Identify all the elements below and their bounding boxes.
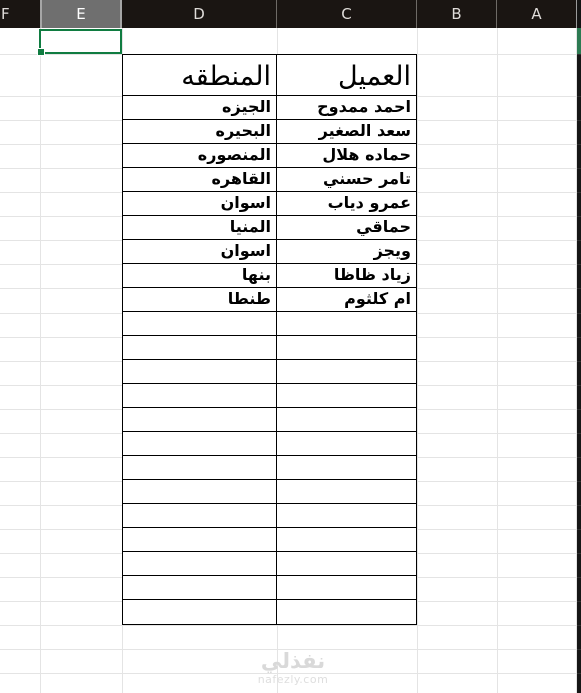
row-strip-divider — [577, 264, 581, 265]
region-cell[interactable] — [123, 504, 276, 527]
region-cell[interactable] — [123, 528, 276, 551]
watermark-logo: نفذلي — [238, 648, 348, 674]
spreadsheet-app: العميل المنطقه احمد ممدوحالجيزهسعد الصغي… — [0, 0, 581, 693]
fill-handle[interactable] — [37, 48, 45, 56]
region-cell[interactable]: طنطا — [123, 288, 276, 311]
table-row — [123, 504, 416, 528]
client-cell[interactable]: عمرو دياب — [276, 192, 416, 215]
row-strip-divider — [577, 337, 581, 338]
row-strip-divider — [577, 433, 581, 434]
client-cell[interactable] — [276, 504, 416, 527]
region-cell[interactable] — [123, 312, 276, 335]
client-cell[interactable] — [276, 552, 416, 575]
client-cell[interactable] — [276, 336, 416, 359]
client-cell[interactable]: سعد الصغير — [276, 120, 416, 143]
row-strip-divider — [577, 216, 581, 217]
client-cell[interactable] — [276, 576, 416, 599]
row-strip-divider — [577, 529, 581, 530]
client-header-cell[interactable]: العميل — [276, 55, 416, 95]
row-strip-divider — [577, 673, 581, 674]
client-cell[interactable] — [276, 480, 416, 503]
table-row — [123, 456, 416, 480]
table-row — [123, 552, 416, 576]
client-cell[interactable] — [276, 600, 416, 624]
table-row — [123, 408, 416, 432]
client-cell[interactable] — [276, 360, 416, 383]
region-cell[interactable] — [123, 552, 276, 575]
row-strip-divider — [577, 240, 581, 241]
table-row — [123, 360, 416, 384]
region-cell[interactable] — [123, 456, 276, 479]
table-row — [123, 528, 416, 552]
column-header-c[interactable]: C — [277, 0, 417, 28]
row-strip-divider — [577, 313, 581, 314]
client-cell[interactable]: ام كلثوم — [276, 288, 416, 311]
table-row — [123, 336, 416, 360]
row-strip-divider — [577, 168, 581, 169]
gridline-horizontal — [0, 625, 577, 626]
table-row: احمد ممدوحالجيزه — [123, 96, 416, 120]
row-strip-divider — [577, 120, 581, 121]
column-header-d[interactable]: D — [122, 0, 277, 28]
region-cell[interactable]: المنيا — [123, 216, 276, 239]
region-cell[interactable]: المنصوره — [123, 144, 276, 167]
region-cell[interactable] — [123, 432, 276, 455]
region-cell[interactable] — [123, 384, 276, 407]
row-strip-divider — [577, 192, 581, 193]
region-cell[interactable]: القاهره — [123, 168, 276, 191]
client-cell[interactable] — [276, 408, 416, 431]
client-cell[interactable] — [276, 456, 416, 479]
region-cell[interactable] — [123, 480, 276, 503]
column-header-b[interactable]: B — [417, 0, 497, 28]
selected-cell-outline[interactable] — [39, 29, 122, 54]
table-body: احمد ممدوحالجيزهسعد الصغيرالبحيرهحماده ه… — [123, 96, 416, 625]
table-row: حماده هلالالمنصوره — [123, 144, 416, 168]
table-row: سعد الصغيرالبحيره — [123, 120, 416, 144]
data-table: العميل المنطقه احمد ممدوحالجيزهسعد الصغي… — [122, 54, 417, 625]
region-header-cell[interactable]: المنطقه — [123, 55, 276, 95]
region-cell[interactable]: بنها — [123, 264, 276, 287]
region-cell[interactable] — [123, 336, 276, 359]
region-cell[interactable]: اسوان — [123, 192, 276, 215]
client-cell[interactable]: زياد ظاظا — [276, 264, 416, 287]
client-cell[interactable]: تامر حسني — [276, 168, 416, 191]
watermark-domain: nafezly.com — [238, 674, 348, 686]
row-header-corner — [577, 0, 581, 28]
column-header-e[interactable]: E — [40, 0, 122, 28]
region-cell[interactable] — [123, 360, 276, 383]
table-row: ويجزاسوان — [123, 240, 416, 264]
client-cell[interactable]: ويجز — [276, 240, 416, 263]
client-cell[interactable] — [276, 528, 416, 551]
row-strip-divider — [577, 96, 581, 97]
table-header-row: العميل المنطقه — [123, 55, 416, 96]
table-row: ام كلثومطنطا — [123, 288, 416, 312]
table-row — [123, 384, 416, 408]
watermark: نفذلي nafezly.com — [238, 648, 348, 686]
row-strip-divider — [577, 481, 581, 482]
table-row — [123, 480, 416, 504]
region-cell[interactable] — [123, 600, 276, 624]
table-row: حماقيالمنيا — [123, 216, 416, 240]
table-row — [123, 600, 416, 624]
region-cell[interactable]: اسوان — [123, 240, 276, 263]
table-row: تامر حسنيالقاهره — [123, 168, 416, 192]
client-cell[interactable]: حماده هلال — [276, 144, 416, 167]
row-strip-divider — [577, 457, 581, 458]
row-strip-divider — [577, 54, 581, 55]
row-strip-divider — [577, 409, 581, 410]
row-strip-divider — [577, 361, 581, 362]
client-cell[interactable] — [276, 384, 416, 407]
active-row-indicator — [577, 28, 581, 54]
column-header-bar: F E D C B A — [0, 0, 581, 28]
row-strip-divider — [577, 385, 581, 386]
table-row: عمرو دياباسوان — [123, 192, 416, 216]
table-row: زياد ظاظابنها — [123, 264, 416, 288]
column-header-f[interactable]: F — [0, 0, 40, 28]
row-strip-divider — [577, 601, 581, 602]
client-cell[interactable]: احمد ممدوح — [276, 96, 416, 119]
row-strip-divider — [577, 288, 581, 289]
table-row — [123, 576, 416, 600]
column-header-a[interactable]: A — [497, 0, 577, 28]
region-cell[interactable] — [123, 408, 276, 431]
row-strip-divider — [577, 649, 581, 650]
row-strip-divider — [577, 553, 581, 554]
row-strip-divider — [577, 505, 581, 506]
row-strip-divider — [577, 144, 581, 145]
row-strip-divider — [577, 577, 581, 578]
client-cell[interactable] — [276, 432, 416, 455]
table-row — [123, 312, 416, 336]
client-cell[interactable]: حماقي — [276, 216, 416, 239]
region-cell[interactable]: الجيزه — [123, 96, 276, 119]
region-cell[interactable]: البحيره — [123, 120, 276, 143]
table-row — [123, 432, 416, 456]
client-cell[interactable] — [276, 312, 416, 335]
row-strip-divider — [577, 625, 581, 626]
region-cell[interactable] — [123, 576, 276, 599]
